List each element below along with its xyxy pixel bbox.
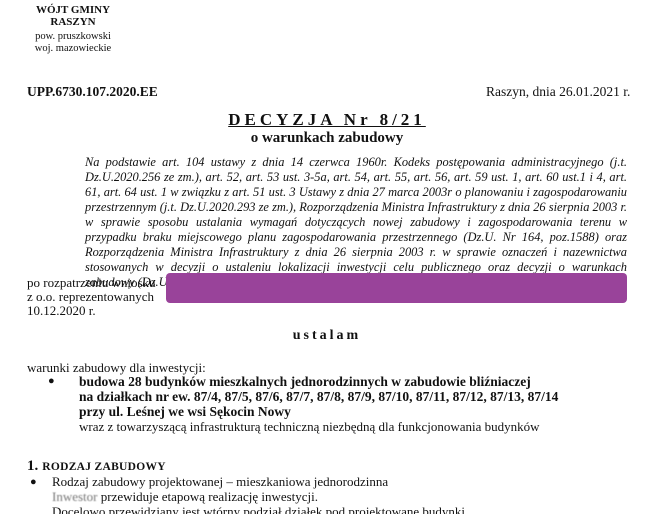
investment-location: przy ul. Leśnej we wsi Sękocin Nowy bbox=[79, 404, 291, 420]
place-date: Raszyn, dnia 26.01.2021 r. bbox=[486, 84, 630, 100]
authority-name-line1: WÓJT GMINY bbox=[18, 4, 128, 16]
county: pow. pruszkowski bbox=[18, 31, 128, 42]
staging-note: Inwestor przewiduje etapową realizację i… bbox=[52, 489, 318, 505]
building-type: Rodzaj zabudowy projektowanej – mieszkan… bbox=[52, 474, 388, 490]
obscured-word: Inwestor bbox=[52, 489, 98, 504]
investment-line1: budowa 28 budynków mieszkalnych jednorod… bbox=[79, 374, 531, 390]
voivodeship: woj. mazowieckie bbox=[18, 43, 128, 54]
reference-number: UPP.6730.107.2020.EE bbox=[27, 84, 158, 100]
decision-word: ustalam bbox=[0, 328, 654, 344]
section-title: RODZAJ ZABUDOWY bbox=[42, 461, 166, 473]
document-title: DECYZJA Nr 8/21 bbox=[0, 110, 654, 130]
investment-plots: na działkach nr ew. 87/4, 87/5, 87/6, 87… bbox=[79, 389, 558, 405]
legal-basis-paragraph: Na podstawie art. 104 ustawy z dnia 14 c… bbox=[27, 155, 627, 290]
investment-infrastructure: wraz z towarzyszącą infrastrukturą techn… bbox=[79, 419, 540, 435]
bullet-icon: ● bbox=[48, 375, 55, 387]
redaction-block bbox=[166, 273, 627, 303]
bullet-icon: ● bbox=[30, 476, 37, 488]
subdivision-note: Docelowo przewidziany jest wtórny podzia… bbox=[52, 504, 465, 514]
section-1-heading: 1. RODZAJ ZABUDOWY bbox=[27, 457, 166, 475]
authority-name-line2: RASZYN bbox=[18, 16, 128, 28]
legal-basis: Na podstawie art. 104 ustawy z dnia 14 c… bbox=[27, 155, 627, 290]
document-subtitle: o warunkach zabudowy bbox=[0, 130, 654, 147]
application-line3: 10.12.2020 r. bbox=[27, 303, 96, 319]
section-number: 1. bbox=[27, 458, 38, 474]
